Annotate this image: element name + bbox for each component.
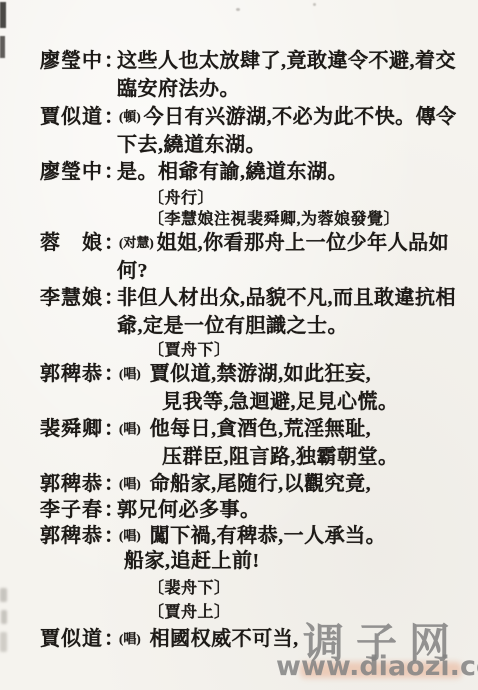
line-text: 船家,追赶上前! [124,550,260,572]
speaker-colon: ： [104,473,117,496]
speaker-colon: ： [104,499,117,522]
line-text: 相國权威不可当, [150,628,299,650]
performance-annotation: (唱) [119,421,141,436]
line-text: 臨安府法办。 [117,78,240,100]
speaker-colon: ： [104,363,117,386]
speaker-name: 廖瑩中 [40,161,103,183]
speaker-name: 賈似道 [40,628,103,650]
performance-annotation: (唱) [119,366,141,381]
speaker-name: 郭稗恭 [40,525,103,547]
stage-direction: 〔賈舟上〕 [148,604,231,622]
lyric-line: 郭稗恭：(唱)賈似道,禁游湖,如此狂妄, [40,363,371,386]
dialogue-line: 廖瑩中：这些人也太放肆了,竟敢違令不避,着交 [40,50,456,73]
line-text: 他每日,貪酒色,荒淫無耻, [150,418,372,440]
speaker-colon: ： [104,50,117,73]
speaker-name: 郭稗恭 [40,363,103,385]
continuation-line: 下去,繞道东湖。 [117,134,266,157]
stage-direction: 〔舟行〕 [148,190,214,208]
stage-direction: 〔賈舟下〕 [148,342,231,360]
speaker-colon: ： [104,628,117,651]
scanned-script-page: 廖瑩中：这些人也太放肆了,竟敢違令不避,着交臨安府法办。賈似道：(頓)今日有兴游… [0,0,478,690]
lyric-continuation-line: 見我等,急迴避,足見心慌。 [162,391,399,414]
continuation-line: 爺,定是一位有胆識之士。 [117,315,348,338]
dialogue-line: 賈似道：(頓)今日有兴游湖,不必为此不快。傳令 [40,106,457,129]
stage-direction: 〔李慧娘注視裴舜卿,为蓉娘發覺〕 [148,211,400,229]
dialogue-line: 廖瑩中：是。相爺有諭,繞道东湖。 [40,161,348,184]
continuation-line: 臨安府法办。 [117,78,240,101]
stage-direction-text: 〔賈舟上〕 [148,604,231,621]
lyric-line: 郭稗恭：(唱)命船家,尾随行,以觀究竟, [40,473,371,496]
line-text: 見我等,急迴避,足見心慌。 [162,391,399,413]
line-text: 压群臣,阻言路,独霸朝堂。 [162,446,399,468]
scan-speck [236,8,240,11]
speaker-name: 蓉 娘 [40,232,103,254]
line-text: 下去,繞道东湖。 [117,134,266,156]
line-text: 爺,定是一位有胆識之士。 [117,315,348,337]
speaker-colon: ： [104,106,117,129]
line-text: 何? [117,260,148,282]
stage-direction: 〔裴舟下〕 [148,580,231,598]
lyric-line: 賈似道：(唱)相國权威不可当, [40,628,299,651]
ink-bleedthrough-left-edge [0,632,7,652]
line-text: 今日有兴游湖,不必为此不快。傳令 [144,106,457,128]
stage-direction-text: 〔賈舟下〕 [148,342,231,359]
performance-annotation: (唱) [119,631,141,646]
line-text: 賈似道,禁游湖,如此狂妄, [150,363,372,385]
watermark-site-url: www.diaozi.com [276,651,478,682]
speaker-name: 李慧娘 [40,287,103,309]
line-text: 是。相爺有諭,繞道东湖。 [117,161,348,183]
scan-smudge-top-left [0,36,5,58]
dialogue-line: 李慧娘：非但人材出众,品貌不凡,而且敢違抗相 [40,287,456,310]
continuation-line: 何? [117,260,148,283]
line-text: 闖下禍,有稗恭,一人承当。 [150,525,387,547]
speaker-name: 賈似道 [40,106,103,128]
lyric-line: 郭稗恭：(唱)闖下禍,有稗恭,一人承当。 [40,525,386,548]
lyric-line: 裴舜卿：(唱)他每日,貪酒色,荒淫無耻, [40,418,371,441]
ink-bleedthrough-left-edge [0,588,7,602]
performance-annotation: (唱) [119,476,141,491]
speaker-colon: ： [104,161,117,184]
dialogue-line: 李子春：郭兄何必多事。 [40,499,261,522]
scan-speck [313,3,316,6]
line-text: 郭兄何必多事。 [117,499,261,521]
performance-annotation: (唱) [119,528,141,543]
speaker-colon: ： [104,525,117,548]
line-text: 这些人也太放肆了,竟敢違令不避,着交 [117,50,456,72]
speaker-colon: ： [104,287,117,310]
speaker-name: 李子春 [40,499,103,521]
performance-annotation: (頓) [119,109,141,124]
speaker-colon: ： [104,232,117,255]
speaker-name: 郭稗恭 [40,473,103,495]
continuation-mid-line: 船家,追赶上前! [124,550,260,573]
performance-annotation: (对慧) [119,235,154,250]
scan-smudge-top-left [0,2,6,28]
speaker-name: 裴舜卿 [40,418,103,440]
speaker-name: 廖瑩中 [40,50,103,72]
stage-direction-text: 〔裴舟下〕 [148,580,231,597]
dialogue-line: 蓉 娘：(对慧)姐姐,你看那舟上一位少年人品如 [40,232,449,255]
line-text: 非但人材出众,品貌不凡,而且敢違抗相 [117,287,456,309]
stage-direction-text: 〔李慧娘注視裴舜卿,为蓉娘發覺〕 [148,211,400,228]
line-text: 姐姐,你看那舟上一位少年人品如 [157,232,450,254]
stage-direction-text: 〔舟行〕 [148,190,214,207]
speaker-colon: ： [104,418,117,441]
line-text: 命船家,尾随行,以觀究竟, [150,473,372,495]
ink-bleedthrough-left-edge [1,610,7,624]
lyric-continuation-line: 压群臣,阻言路,独霸朝堂。 [162,446,399,469]
